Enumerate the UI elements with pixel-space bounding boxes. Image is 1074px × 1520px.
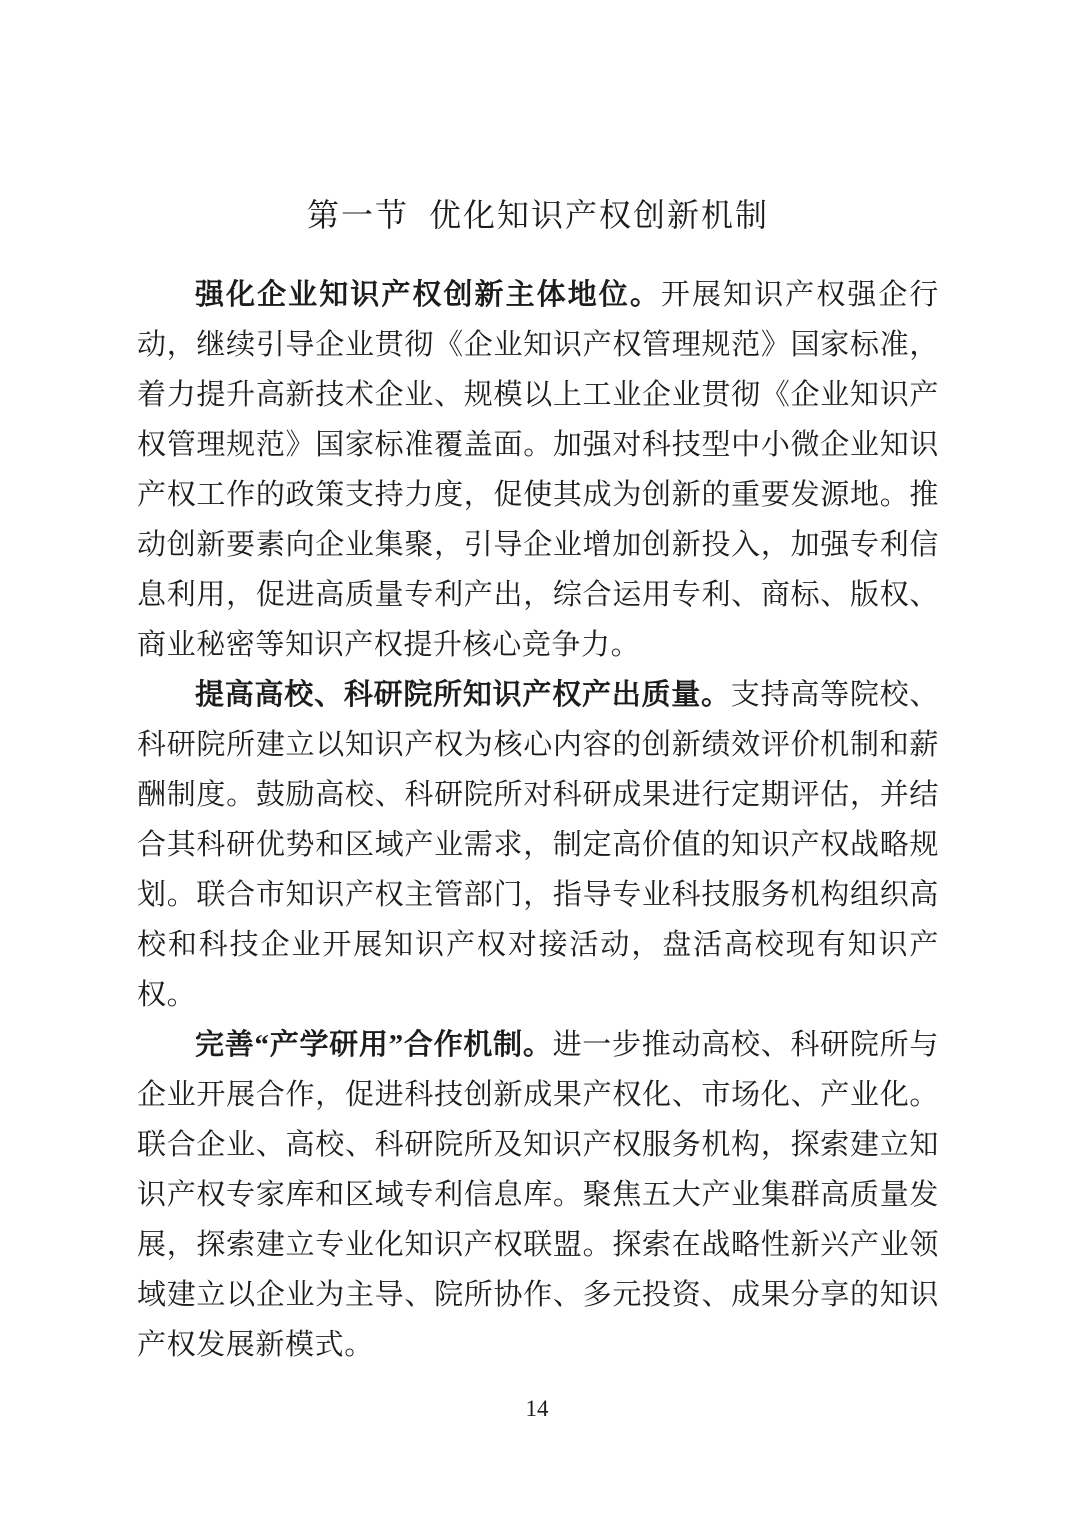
page-number: 14 [0, 1396, 1074, 1422]
paragraph-1-body: 开展知识产权强企行动，继续引导企业贯彻《企业知识产权管理规范》国家标准，着力提升… [137, 279, 939, 661]
paragraph-3-lead: 完善“产学研用”合作机制。 [195, 1029, 553, 1061]
paragraph-2-body: 支持高等院校、科研院所建立以知识产权为核心内容的创新绩效评价机制和薪酬制度。鼓励… [137, 679, 939, 1011]
section-title: 第一节 优化知识产权创新机制 [137, 190, 939, 240]
paragraph-3: 完善“产学研用”合作机制。进一步推动高校、科研院所与企业开展合作，促进科技创新成… [137, 1020, 939, 1370]
paragraph-2-lead: 提高高校、科研院所知识产权产出质量。 [195, 679, 731, 711]
paragraph-1: 强化企业知识产权创新主体地位。开展知识产权强企行动，继续引导企业贯彻《企业知识产… [137, 270, 939, 670]
paragraph-3-body: 进一步推动高校、科研院所与企业开展合作，促进科技创新成果产权化、市场化、产业化。… [137, 1029, 939, 1361]
document-page: 第一节 优化知识产权创新机制 强化企业知识产权创新主体地位。开展知识产权强企行动… [0, 0, 1074, 1520]
paragraph-1-lead: 强化企业知识产权创新主体地位。 [195, 279, 661, 311]
paragraph-2: 提高高校、科研院所知识产权产出质量。支持高等院校、科研院所建立以知识产权为核心内… [137, 670, 939, 1020]
page-content: 第一节 优化知识产权创新机制 强化企业知识产权创新主体地位。开展知识产权强企行动… [137, 190, 939, 1370]
